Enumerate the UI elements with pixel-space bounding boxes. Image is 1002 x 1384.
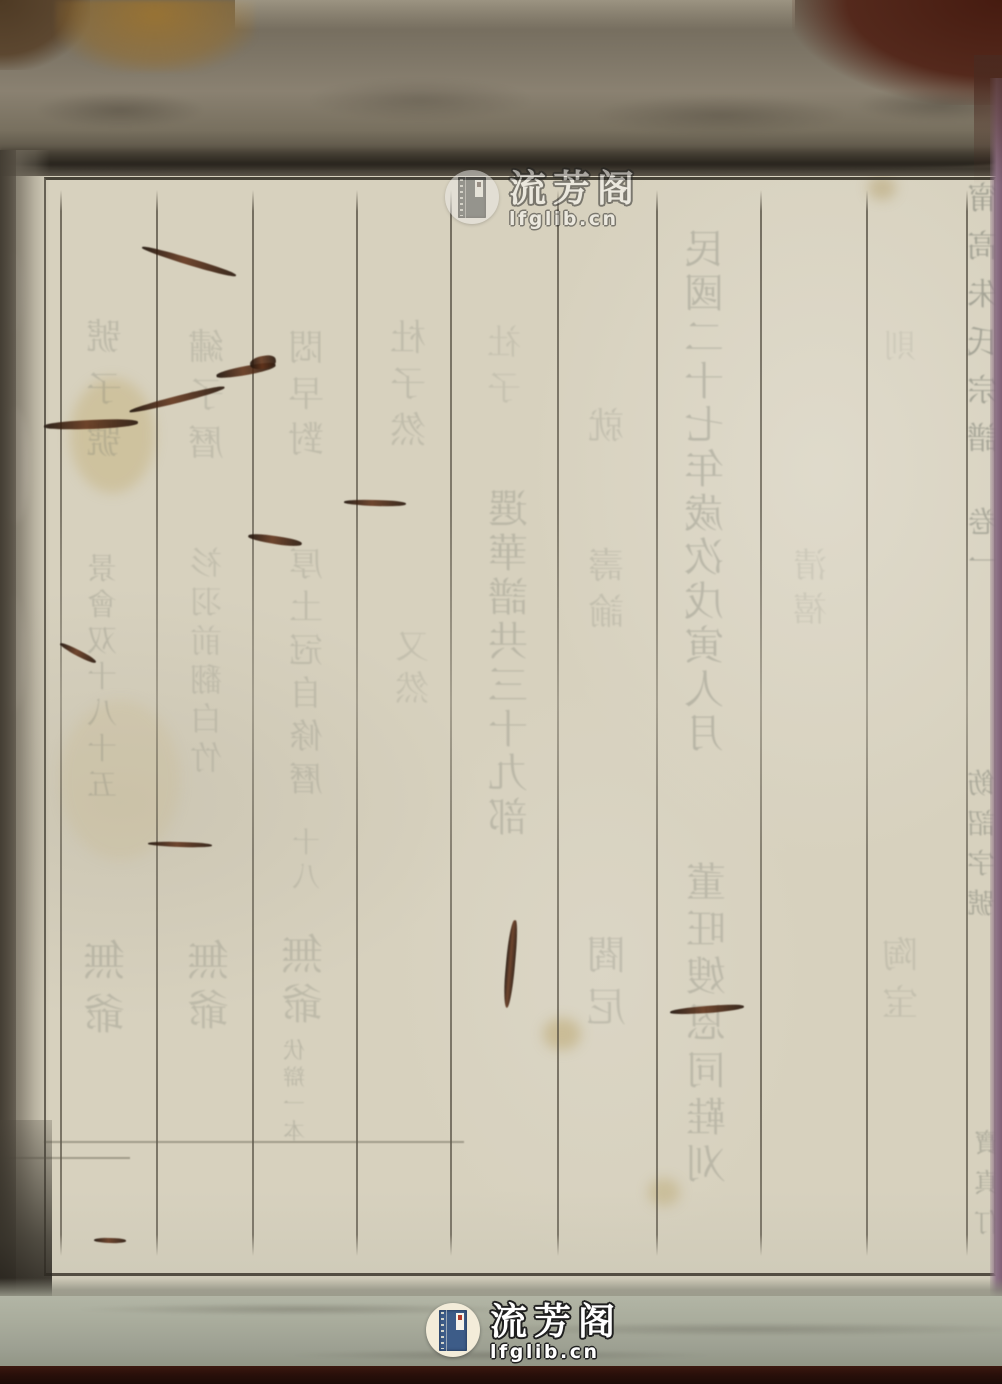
book-icon (426, 1303, 480, 1357)
watermark-bottom: 流芳阁 lfglib.cn (426, 1303, 622, 1362)
page-frame-border (44, 177, 996, 1276)
column-line (252, 190, 254, 1256)
fold-crease-line (44, 1141, 464, 1143)
right-top-edge-shadow (974, 55, 1002, 185)
top-edge-stain (55, 0, 255, 72)
top-right-cover-corner (792, 0, 1002, 105)
watermark-brand-text: 流芳阁 (509, 170, 641, 207)
column-line (356, 190, 358, 1256)
column-line (557, 190, 559, 1256)
page-bottom-shadow (0, 1278, 1002, 1298)
top-edge-ridge (0, 146, 1002, 172)
column-line (966, 190, 968, 1256)
column-line (60, 190, 62, 1256)
book-page-scan: 甯高朱氏宗譜卷一飭詔字號寶真仃民國二十七年歲次戊寅人月董旺嫂恩同鞋刈選華譜共三十… (0, 0, 1002, 1384)
book-icon (445, 170, 499, 224)
watermark-url-text: lfglib.cn (490, 1343, 622, 1362)
column-line (156, 190, 158, 1256)
column-line (760, 190, 762, 1256)
column-line (866, 190, 868, 1256)
watermark-top: 流芳阁 lfglib.cn (445, 170, 641, 229)
book-right-edge (990, 78, 1002, 1303)
top-edge-highlight (235, 0, 795, 30)
column-line (450, 190, 452, 1256)
book-bottom-cover (0, 1366, 1002, 1384)
column-line (656, 190, 658, 1256)
watermark-brand-text: 流芳阁 (490, 1303, 622, 1340)
watermark-url-text: lfglib.cn (509, 210, 641, 229)
